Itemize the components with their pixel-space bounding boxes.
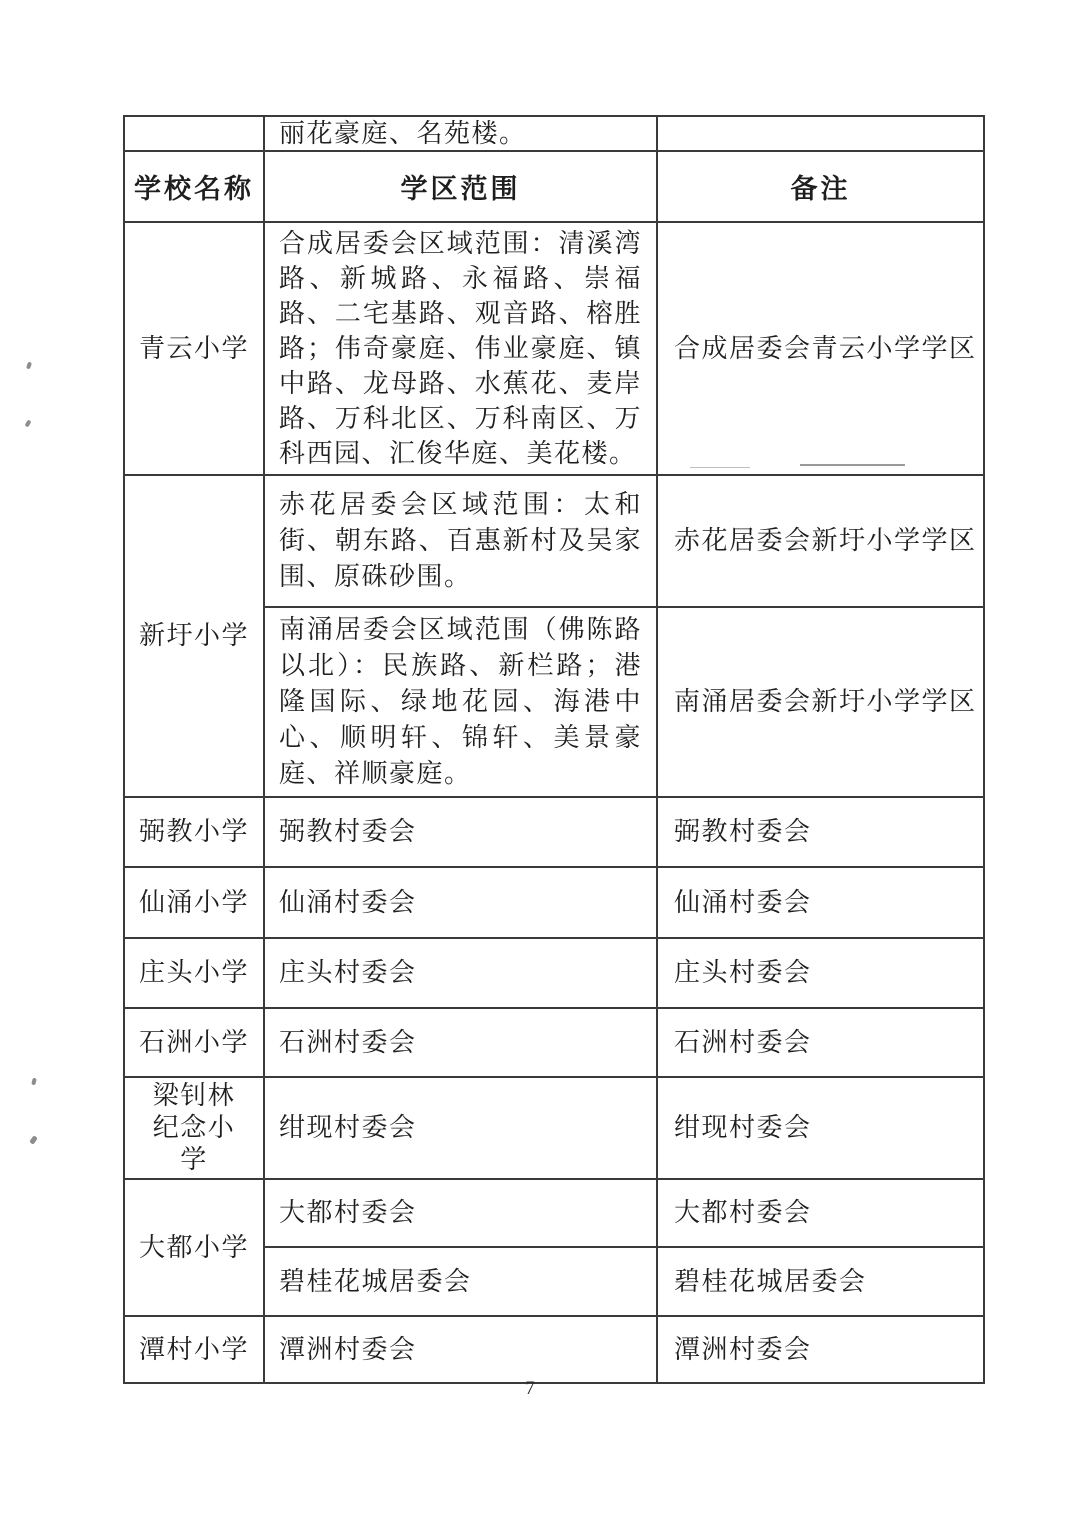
school-name-cell: 仙涌小学: [124, 867, 264, 938]
school-name-cell: [124, 116, 264, 151]
scan-speck: [31, 1078, 37, 1086]
note-cell: 绀现村委会: [657, 1077, 984, 1179]
table-header-row: 学校名称 学区范围 备注: [124, 151, 984, 222]
school-district-table: 丽花豪庭、名苑楼。 学校名称 学区范围 备注 青云小学 合成居委会区域范围：清溪…: [123, 115, 985, 1384]
note-cell: 合成居委会青云小学学区: [657, 222, 984, 475]
scanned-document-page: 丽花豪庭、名苑楼。 学校名称 学区范围 备注 青云小学 合成居委会区域范围：清溪…: [0, 0, 1080, 1528]
school-name-cell: 弼教小学: [124, 797, 264, 867]
table-row: 新圩小学 赤花居委会区域范围：太和街、朝东路、百惠新村及吴家围、原硃砂围。 赤花…: [124, 475, 984, 607]
note-cell: 大都村委会: [657, 1179, 984, 1247]
school-name-cell: 石洲小学: [124, 1008, 264, 1077]
district-range-cell: 赤花居委会区域范围：太和街、朝东路、百惠新村及吴家围、原硃砂围。: [264, 475, 657, 607]
note-cell: 弼教村委会: [657, 797, 984, 867]
note-cell: 石洲村委会: [657, 1008, 984, 1077]
school-name-cell: 庄头小学: [124, 938, 264, 1008]
scan-speck: [25, 419, 32, 427]
table-row: 梁钊林纪念小学 绀现村委会 绀现村委会: [124, 1077, 984, 1179]
header-district-range: 学区范围: [264, 151, 657, 222]
school-name-cell: 大都小学: [124, 1179, 264, 1316]
district-range-cell: 南涌居委会区域范围（佛陈路以北）：民族路、新栏路；港隆国际、绿地花园、海港中心、…: [264, 607, 657, 797]
table-row: 仙涌小学 仙涌村委会 仙涌村委会: [124, 867, 984, 938]
table-row-continuation: 丽花豪庭、名苑楼。: [124, 116, 984, 151]
table-row: 潭村小学 潭洲村委会 潭洲村委会: [124, 1316, 984, 1383]
note-cell: 潭洲村委会: [657, 1316, 984, 1383]
scan-line-artifact: [800, 464, 905, 466]
note-cell: [657, 116, 984, 151]
note-cell: 南涌居委会新圩小学学区: [657, 607, 984, 797]
page-number: 7: [500, 1378, 560, 1400]
table-row: 弼教小学 弼教村委会 弼教村委会: [124, 797, 984, 867]
district-range-cell: 绀现村委会: [264, 1077, 657, 1179]
table-row: 石洲小学 石洲村委会 石洲村委会: [124, 1008, 984, 1077]
header-school-name: 学校名称: [124, 151, 264, 222]
scan-speck: [26, 362, 32, 370]
school-name-cell: 新圩小学: [124, 475, 264, 797]
district-range-cell: 仙涌村委会: [264, 867, 657, 938]
note-cell: 赤花居委会新圩小学学区: [657, 475, 984, 607]
scan-line-artifact: [690, 467, 750, 468]
table-row: 大都小学 大都村委会 大都村委会: [124, 1179, 984, 1247]
district-range-cell: 碧桂花城居委会: [264, 1247, 657, 1316]
school-name-cell: 青云小学: [124, 222, 264, 475]
district-range-cell: 合成居委会区域范围：清溪湾路、新城路、永福路、崇福路、二宅基路、观音路、榕胜路；…: [264, 222, 657, 475]
district-range-cell: 弼教村委会: [264, 797, 657, 867]
scan-speck: [29, 1135, 38, 1144]
school-name-cell: 梁钊林纪念小学: [124, 1077, 264, 1179]
note-cell: 庄头村委会: [657, 938, 984, 1008]
note-cell: 仙涌村委会: [657, 867, 984, 938]
district-range-cell: 石洲村委会: [264, 1008, 657, 1077]
district-range-cell: 大都村委会: [264, 1179, 657, 1247]
district-range-cell: 丽花豪庭、名苑楼。: [264, 116, 657, 151]
note-cell: 碧桂花城居委会: [657, 1247, 984, 1316]
table-row: 庄头小学 庄头村委会 庄头村委会: [124, 938, 984, 1008]
district-range-cell: 庄头村委会: [264, 938, 657, 1008]
table-row: 青云小学 合成居委会区域范围：清溪湾路、新城路、永福路、崇福路、二宅基路、观音路…: [124, 222, 984, 475]
school-name-cell: 潭村小学: [124, 1316, 264, 1383]
district-range-cell: 潭洲村委会: [264, 1316, 657, 1383]
header-note: 备注: [657, 151, 984, 222]
